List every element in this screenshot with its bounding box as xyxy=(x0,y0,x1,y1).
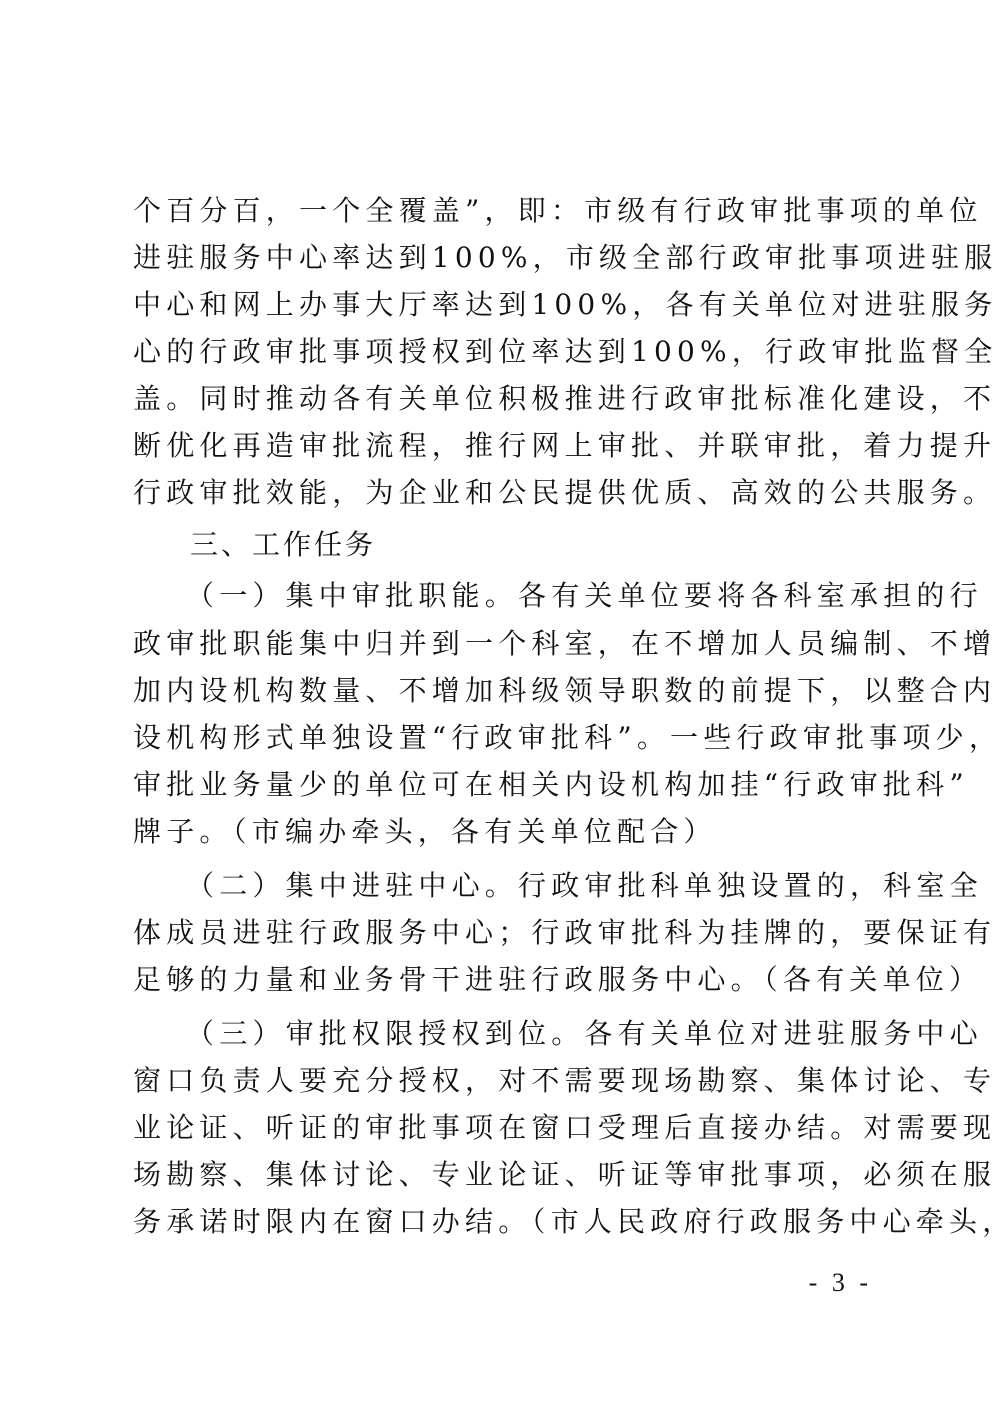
text-line: （三）审批权限授权到位。各有关单位对进驻服务中心 xyxy=(186,1014,869,1054)
text-line: 场勘察、集体讨论、专业论证、听证等审批事项，必须在服 xyxy=(133,1155,869,1195)
section-heading: 三、工作任务 xyxy=(190,525,390,565)
text-line: （二）集中进驻中心。行政审批科单独设置的，科室全 xyxy=(186,866,869,906)
text-line: 盖。同时推动各有关单位积极推进行政审批标准化建设，不 xyxy=(133,379,869,419)
text-line: 牌子。（市编办牵头，各有关单位配合） xyxy=(133,812,869,852)
text-line: 业论证、听证的审批事项在窗口受理后直接办结。对需要现 xyxy=(133,1108,869,1148)
text-line: 窗口负责人要充分授权，对不需要现场勘察、集体讨论、专 xyxy=(133,1061,869,1101)
text-line: （一）集中审批职能。各有关单位要将各科室承担的行 xyxy=(186,576,869,616)
text-line: 务承诺时限内在窗口办结。（市人民政府行政服务中心牵头， xyxy=(133,1202,869,1242)
text-line: 政审批职能集中归并到一个科室，在不增加人员编制、不增 xyxy=(133,624,869,664)
text-line: 行政审批效能，为企业和公民提供优质、高效的公共服务。 xyxy=(133,473,869,513)
document-page: 个百分百，一个全覆盖”，即：市级有行政审批事项的单位 进驻服务中心率达到100%… xyxy=(0,0,992,1403)
text-line: 个百分百，一个全覆盖”，即：市级有行政审批事项的单位 xyxy=(133,191,869,231)
text-line: 审批业务量少的单位可在相关内设机构加挂“行政审批科” xyxy=(133,765,869,805)
text-line: 设机构形式单独设置“行政审批科”。一些行政审批事项少， xyxy=(133,718,869,758)
text-line: 心的行政审批事项授权到位率达到100%，行政审批监督全覆 xyxy=(133,332,869,372)
text-line: 足够的力量和业务骨干进驻行政服务中心。（各有关单位） xyxy=(133,960,869,1000)
page-number: - 3 - xyxy=(808,1265,872,1301)
text-line: 体成员进驻行政服务中心；行政审批科为挂牌的，要保证有 xyxy=(133,913,869,953)
text-line: 断优化再造审批流程，推行网上审批、并联审批，着力提升 xyxy=(133,426,869,466)
text-line: 中心和网上办事大厅率达到100%，各有关单位对进驻服务中 xyxy=(133,285,869,325)
text-line: 加内设机构数量、不增加科级领导职数的前提下，以整合内 xyxy=(133,671,869,711)
text-line: 进驻服务中心率达到100%，市级全部行政审批事项进驻服务 xyxy=(133,238,869,278)
